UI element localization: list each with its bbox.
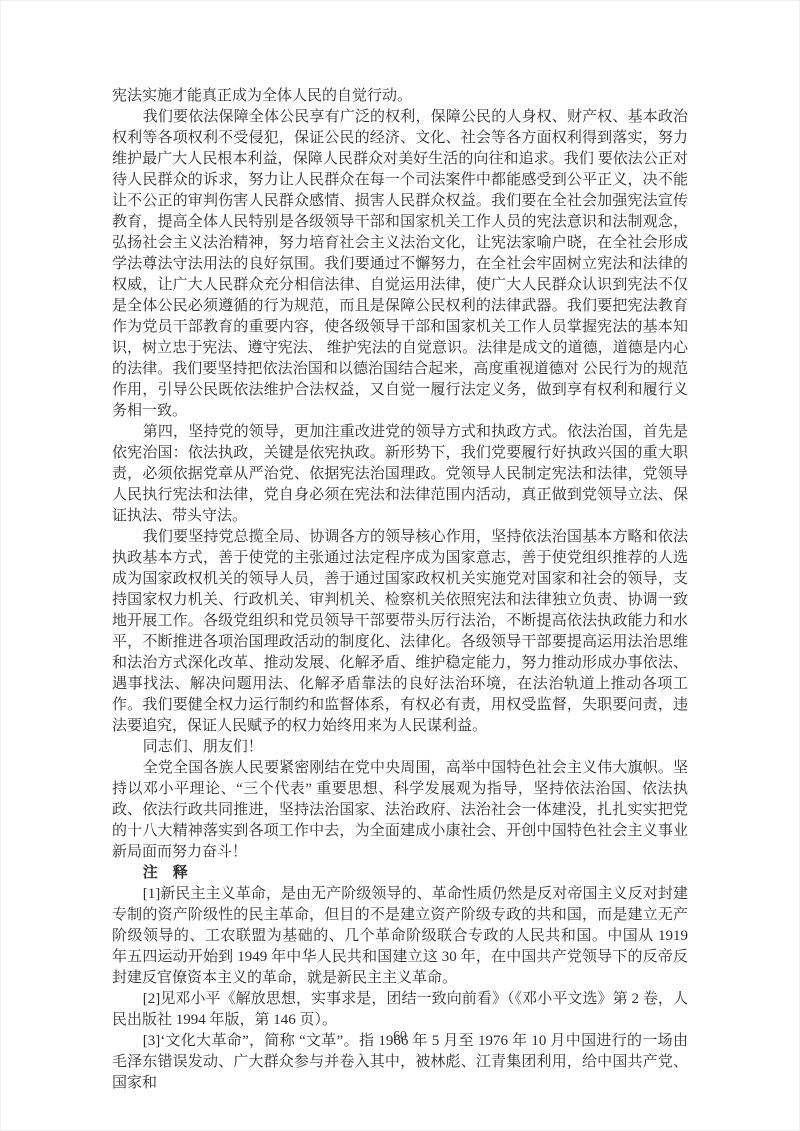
paragraph: 我们要坚持党总揽全局、协调各方的领导核心作用，坚持依法治国基本方略和依法执政基本… bbox=[112, 527, 688, 737]
paragraph: 第四，坚持党的领导，更加注重改进党的领导方式和执政方式。依法治国，首先是依宪治国… bbox=[112, 422, 688, 527]
document-viewport: 宪法实施才能真正成为全体人民的自觉行动。 我们要依法保障全体公民享有广泛的权利，… bbox=[0, 0, 800, 1131]
document-page: 宪法实施才能真正成为全体人民的自觉行动。 我们要依法保障全体公民享有广泛的权利，… bbox=[0, 0, 800, 1131]
paragraph: 全党全国各族人民要紧密刚结在党中央周围，高举中国特色社会主义伟大旗帜。坚持以邓小… bbox=[112, 758, 688, 863]
paragraph: 我们要依法保障全体公民享有广泛的权利，保障公民的人身权、财产权、基本政治权利等各… bbox=[112, 107, 688, 422]
paragraph-salutation: 同志们、朋友们！ bbox=[112, 737, 688, 758]
notes-heading: 注 释 bbox=[112, 863, 688, 884]
paragraph-continuation: 宪法实施才能真正成为全体人民的自觉行动。 bbox=[112, 86, 688, 107]
note-item-1: [1]新民主主义革命，是由无产阶级领导的、革命性质仍然是反对帝国主义反对封建专制… bbox=[112, 884, 688, 989]
page-number: 60 bbox=[0, 1028, 800, 1044]
note-item-2: [2]见邓小平《解放思想，实事求是，团结一致向前看》（《邓小平文选》第 2 卷，… bbox=[112, 989, 688, 1031]
page-content: 宪法实施才能真正成为全体人民的自觉行动。 我们要依法保障全体公民享有广泛的权利，… bbox=[112, 86, 688, 1094]
